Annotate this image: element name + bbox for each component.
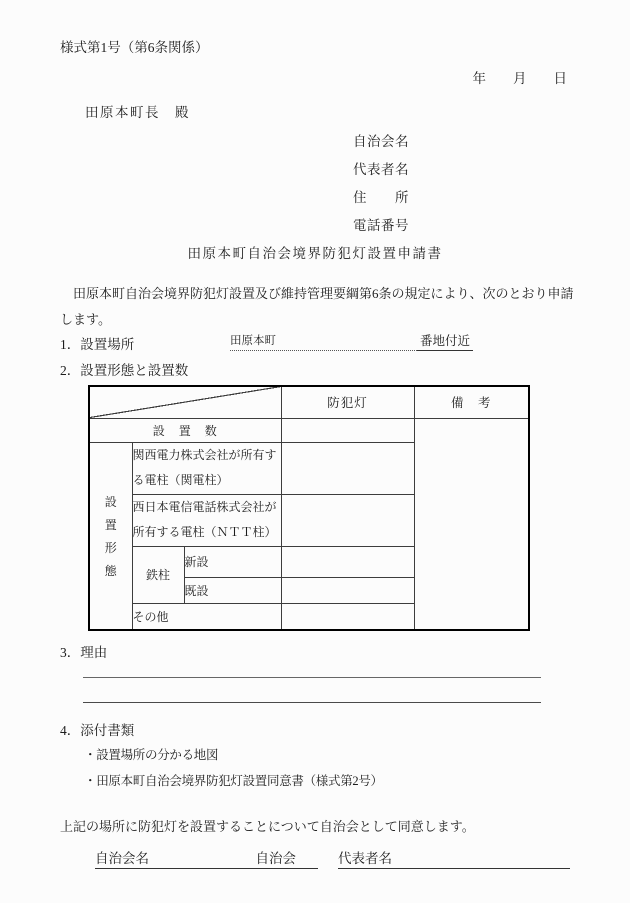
diagonal-header-cell [89,386,281,418]
date-line: 年 月 日 [380,67,567,87]
applicant-fields: 自治会名 代表者名 住 所 電話番号 [353,128,409,240]
signature-representative-label: 代表者名 [338,849,392,868]
installation-place-field: 田原本町 番地付近 [230,333,473,351]
steel-existing-value-cell [281,577,414,603]
attachment-map: ・設置場所の分かる地図 [84,745,218,763]
form-number: 様式第1号（第6条関係） [60,36,209,56]
row-label-kanden-pole: 関西電力株式会社が所有する電柱（関電柱） [132,442,281,494]
reason-blank-line-1 [83,677,541,678]
form-char-2: 置 [105,516,117,533]
ntt-value-cell [281,494,414,546]
column-header-security-light: 防犯灯 [281,386,414,418]
row-group-installation-form: 設 置 形 態 [89,442,132,630]
steel-new-value-cell [281,546,414,577]
applicant-representative-label: 代表者名 [353,156,409,184]
signature-association-label: 自治会名 [95,849,149,868]
kanden-value-cell [281,442,414,494]
row-label-steel-existing: 既設 [184,577,281,603]
intro-line-2: します。 [60,307,575,333]
row-label-steel-new: 新設 [184,546,281,577]
applicant-association-name-label: 自治会名 [353,128,409,156]
applicant-phone-label: 電話番号 [353,212,409,240]
row-label-ntt-pole: 西日本電信電話株式会社が所有する電柱（ＮＴＴ柱） [132,494,281,546]
column-header-remarks: 備 考 [414,386,529,418]
form-char-1: 設 [105,493,117,510]
item-attachments-label: 4．添付書類 [60,719,134,739]
intro-line-1: 田原本町自治会境界防犯灯設置及び維持管理要綱第6条の規定により、次のとおり申請 [60,281,575,307]
consent-statement: 上記の場所に防犯灯を設置することについて自治会として同意します。 [60,816,475,835]
intro-paragraph: 田原本町自治会境界防犯灯設置及び維持管理要綱第6条の規定により、次のとおり申請 … [60,281,575,332]
addressee-line: 田原本町長 殿 [85,101,190,121]
count-value-cell [281,418,414,442]
form-char-4: 態 [105,562,117,579]
remarks-value-cell [414,418,529,630]
attachment-consent-form: ・田原本町自治会境界防犯灯設置同意書（様式第2号） [84,771,383,789]
item-reason-label: 3．理由 [60,641,107,661]
row-label-other: その他 [132,603,281,630]
installation-table-wrapper: 防犯灯 備 考 設 置 数 設 置 形 態 関西電力株式会社が所有する電柱（関電… [88,385,530,631]
row-label-steel-pole: 鉄柱 [132,546,184,603]
other-value-cell [281,603,414,630]
place-suffix: 番地付近 [417,333,473,351]
document-title: 田原本町自治会境界防犯灯設置申請書 [0,242,630,262]
signature-association-field: 自治会名 自治会 [95,849,318,869]
application-form-page: 様式第1号（第6条関係） 年 月 日 田原本町長 殿 自治会名 代表者名 住 所… [0,0,630,903]
item-installation-place-label: 1．設置場所 [60,333,134,353]
place-value-blank: 田原本町 [230,333,417,351]
item-form-and-count-label: 2．設置形態と設置数 [60,359,188,379]
reason-blank-line-2 [83,702,541,703]
installation-table: 防犯灯 備 考 設 置 数 設 置 形 態 関西電力株式会社が所有する電柱（関電… [88,385,530,631]
form-char-3: 形 [105,539,117,556]
row-header-installation-count: 設 置 数 [89,418,281,442]
signature-representative-field: 代表者名 [338,849,570,869]
applicant-address-label: 住 所 [353,184,409,212]
signature-association-suffix: 自治会 [256,849,297,868]
